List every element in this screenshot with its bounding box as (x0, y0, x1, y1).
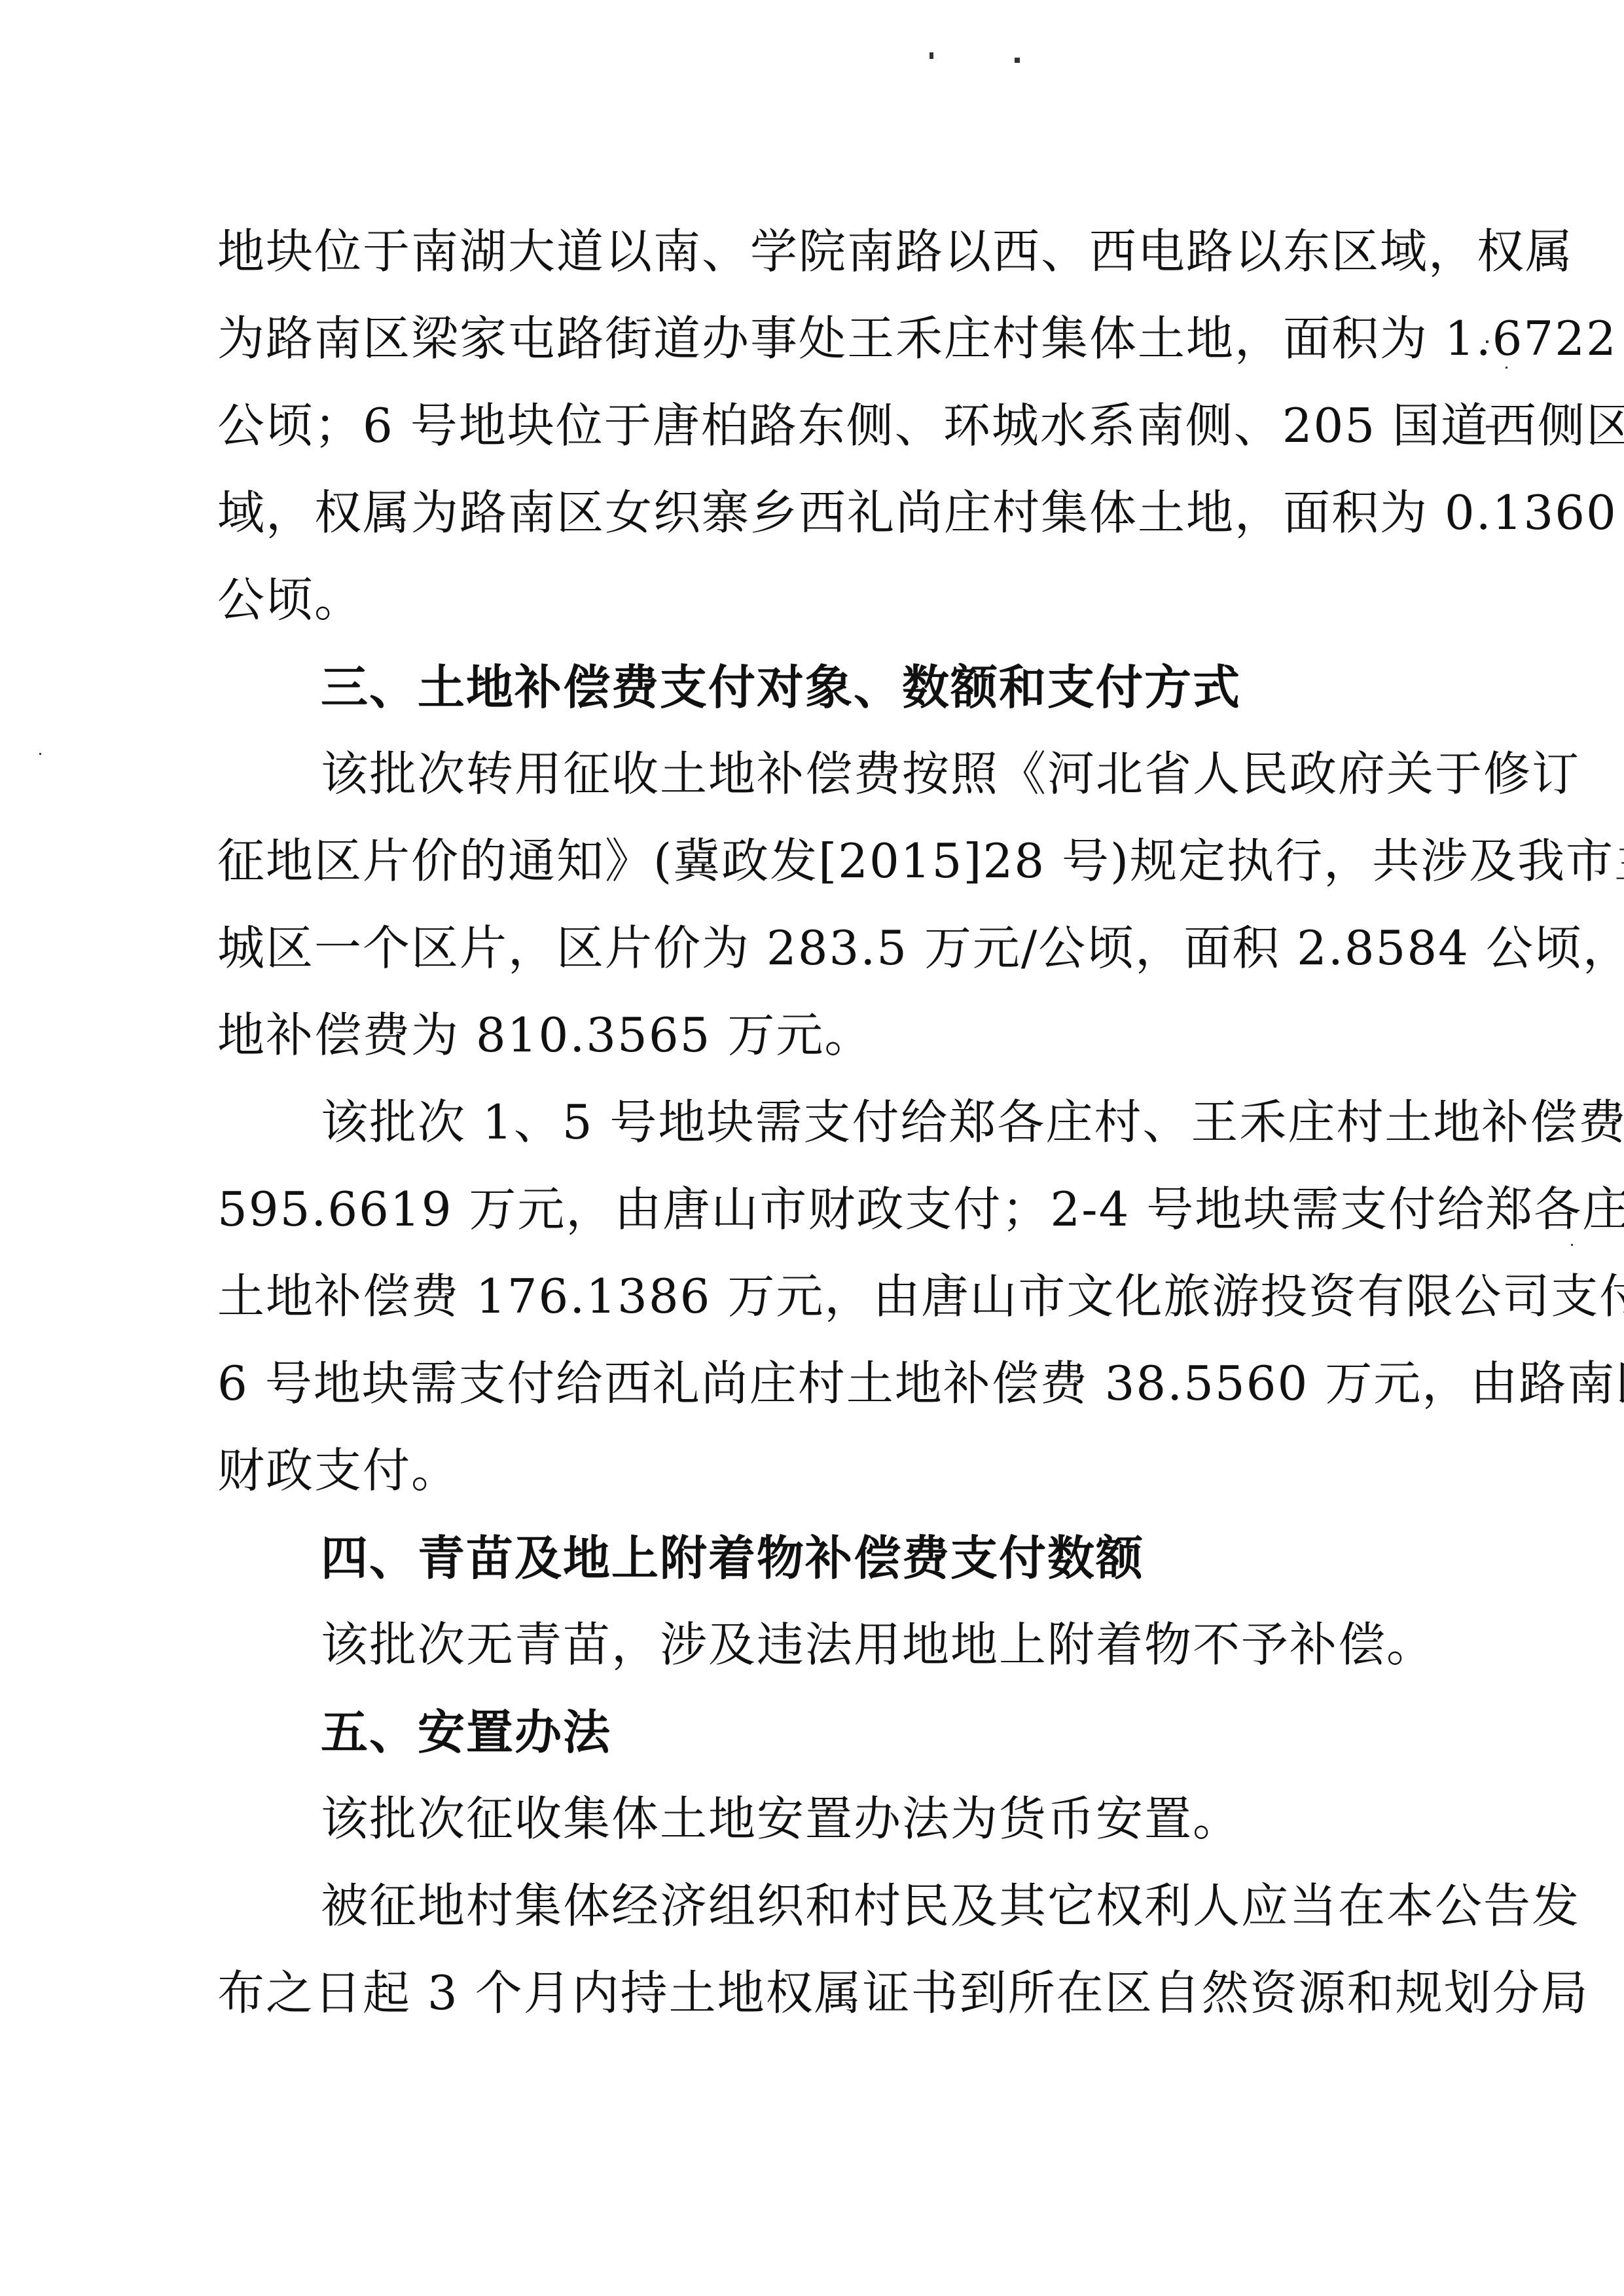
scan-speck (39, 753, 41, 755)
section-heading-4: 四、青苗及地上附着物补偿费支付数额 (217, 1514, 1458, 1601)
document-body: 地块位于南湖大道以南、学院南路以西、西电路以东区域，权属 为路南区梁家屯路街道办… (217, 208, 1458, 2037)
section-heading-3: 三、土地补偿费支付对象、数额和支付方式 (217, 644, 1458, 731)
body-line: 城区一个区片，区片价为 283.5 万元/公顷，面积 2.8584 公顷，土 (217, 905, 1458, 992)
scan-speck (1486, 340, 1489, 343)
scan-speck (1506, 367, 1507, 369)
body-line: 被征地村集体经济组织和村民及其它权利人应当在本公告发 (217, 1863, 1458, 1950)
body-line: 该批次转用征收土地补偿费按照《河北省人民政府关于修订 (217, 731, 1458, 818)
body-line: 公顷。 (217, 556, 1458, 644)
body-line: 布之日起 3 个月内持土地权属证书到所在区自然资源和规划分局 (217, 1950, 1458, 2037)
body-line: 为路南区梁家屯路街道办事处王禾庄村集体土地，面积为 1.6722 (217, 295, 1458, 382)
scan-speck (1486, 426, 1495, 428)
body-line: 该批次无青苗，涉及违法用地地上附着物不予补偿。 (217, 1601, 1458, 1688)
body-line: 财政支付。 (217, 1427, 1458, 1514)
scan-speck (1015, 58, 1020, 63)
body-line: 征地区片价的通知》(冀政发[2015]28 号)规定执行，共涉及我市主 (217, 818, 1458, 905)
body-line: 地补偿费为 810.3565 万元。 (217, 992, 1458, 1079)
scanned-document-page: 地块位于南湖大道以南、学院南路以西、西电路以东区域，权属 为路南区梁家屯路街道办… (0, 0, 1624, 2296)
section-heading-5: 五、安置办法 (217, 1688, 1458, 1776)
body-line: 该批次 1、5 号地块需支付给郑各庄村、王禾庄村土地补偿费 (217, 1079, 1458, 1166)
body-line: 地块位于南湖大道以南、学院南路以西、西电路以东区域，权属 (217, 208, 1458, 295)
scan-speck (1571, 1244, 1573, 1246)
scan-speck (929, 52, 933, 59)
body-line: 域，权属为路南区女织寨乡西礼尚庄村集体土地，面积为 0.1360 (217, 469, 1458, 556)
body-line: 该批次征收集体土地安置办法为货币安置。 (217, 1776, 1458, 1863)
body-line: 595.6619 万元，由唐山市财政支付；2-4 号地块需支付给郑各庄村 (217, 1166, 1458, 1253)
body-line: 6 号地块需支付给西礼尚庄村土地补偿费 38.5560 万元，由路南区 (217, 1340, 1458, 1427)
body-line: 土地补偿费 176.1386 万元，由唐山市文化旅游投资有限公司支付； (217, 1253, 1458, 1340)
body-line: 公顷；6 号地块位于唐柏路东侧、环城水系南侧、205 国道西侧区 (217, 382, 1458, 469)
